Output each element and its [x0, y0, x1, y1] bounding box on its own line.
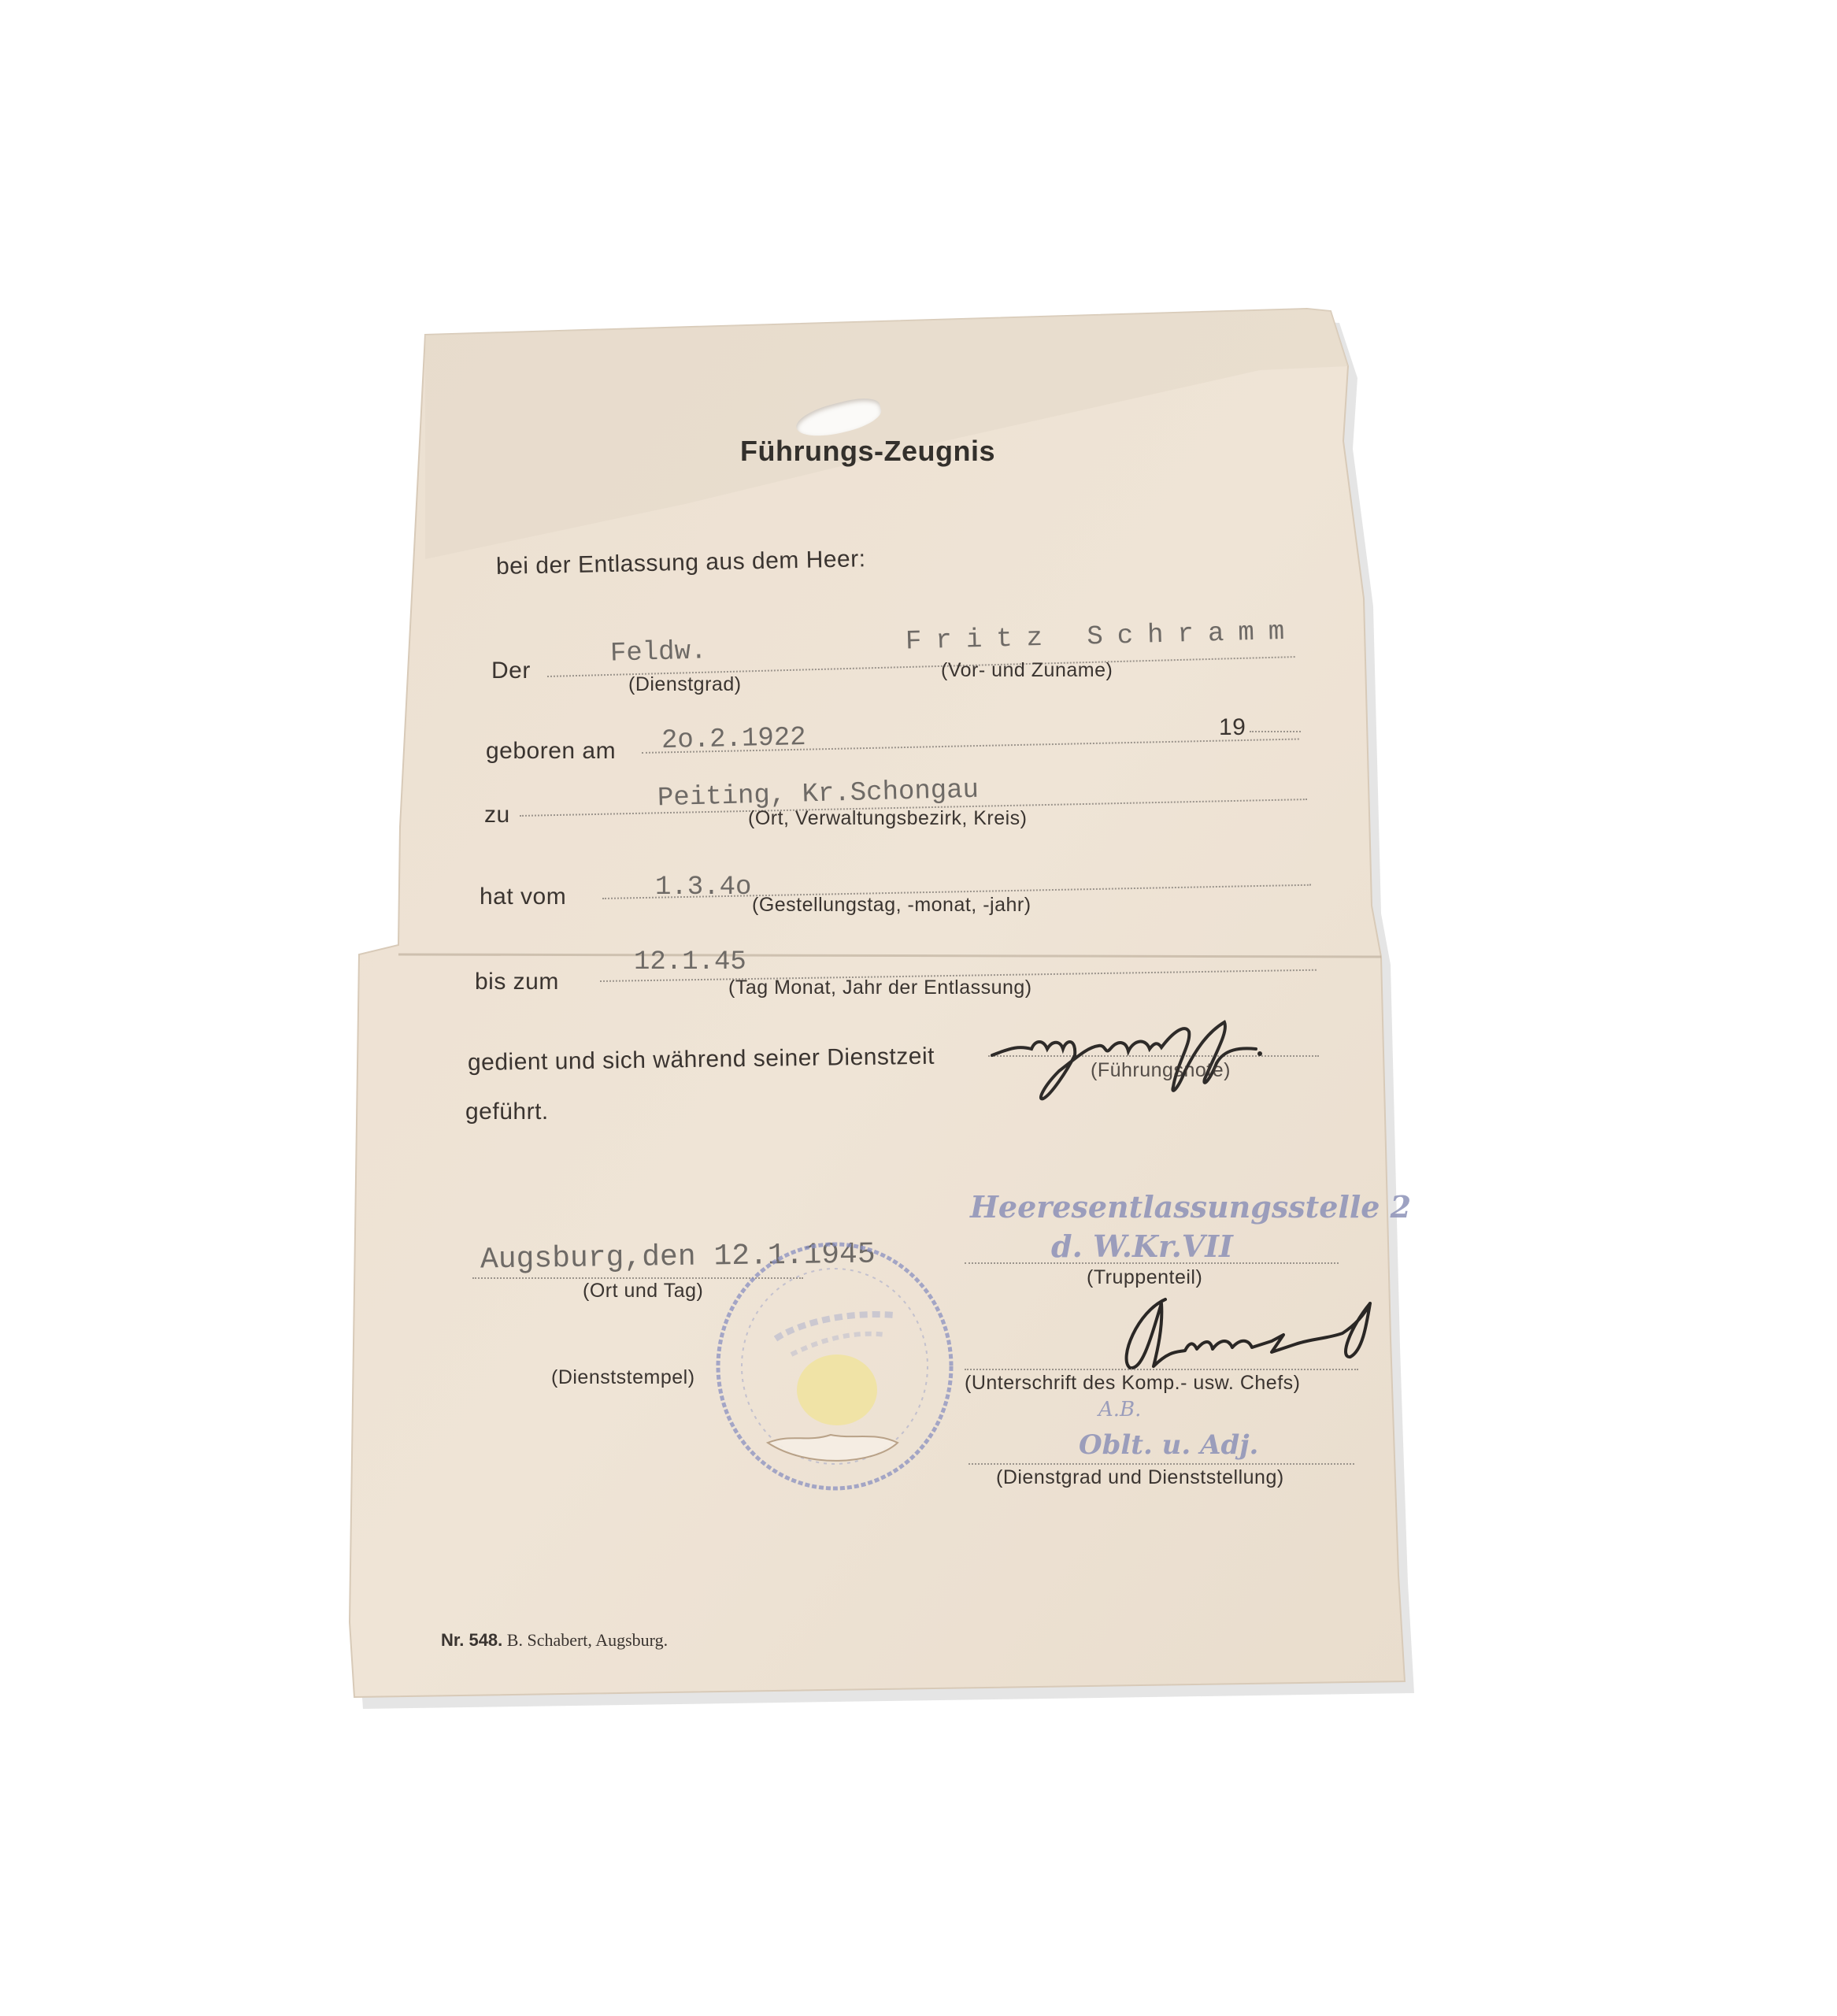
end-date-field-value: 12.1.45 — [634, 947, 746, 977]
rank-position-field-line — [968, 1463, 1354, 1465]
label-bis-zum: bis zum — [475, 969, 559, 995]
caption-tag-monat-jahr-entlassung: (Tag Monat, Jahr der Entlassung) — [728, 976, 1032, 999]
unit-stamp-line2: d. W.Kr.VII — [1051, 1228, 1233, 1264]
caption-fuehrungsnote: (Führungsnote) — [1091, 1059, 1231, 1082]
start-date-field-value: 1.3.4o — [655, 873, 751, 902]
printer-name: B. Schabert, Augsburg. — [507, 1630, 668, 1650]
year-prefix-19: 19 — [1219, 714, 1246, 741]
page-title: Führungs-Zeugnis — [740, 435, 995, 468]
caption-gestellungstag: (Gestellungstag, -monat, -jahr) — [752, 894, 1031, 917]
birthdate-field-value: 2o.2.1922 — [661, 723, 806, 756]
unit-stamp-line1: Heeresentlassungsstelle 2 — [970, 1189, 1411, 1225]
label-der: Der — [491, 658, 531, 684]
form-number: Nr. 548. — [441, 1630, 502, 1650]
rank-position-stamp: Oblt. u. Adj. — [1079, 1429, 1258, 1461]
handwritten-signature — [1114, 1295, 1382, 1374]
caption-dienstgrad-und-dienststellung: (Dienstgrad und Dienststellung) — [996, 1466, 1284, 1489]
caption-unterschrift: (Unterschrift des Komp.- usw. Chefs) — [965, 1372, 1300, 1395]
document-paper — [0, 0, 1837, 2016]
caption-vor-und-zuname: (Vor- und Zuname) — [941, 659, 1113, 682]
caption-ort-verwaltungsbezirk-kreis: (Ort, Verwaltungsbezirk, Kreis) — [748, 807, 1028, 830]
official-round-stamp — [705, 1236, 965, 1496]
label-zu: zu — [484, 802, 510, 828]
printer-footer: Nr. 548. B. Schabert, Augsburg. — [441, 1630, 668, 1651]
rank-field-value: Feldw. — [610, 636, 707, 669]
caption-dienststempel: (Dienststempel) — [551, 1366, 695, 1389]
yellow-censor-dot — [797, 1354, 877, 1425]
label-hat-vom: hat vom — [480, 884, 566, 910]
year-field-line — [1250, 731, 1301, 732]
caption-dienstgrad: (Dienstgrad) — [628, 673, 742, 696]
signature-initials: A.B. — [1098, 1398, 1141, 1421]
label-geboren-am: geboren am — [486, 738, 616, 765]
caption-ort-und-tag: (Ort und Tag) — [583, 1280, 703, 1303]
closing-gefuehrt: geführt. — [465, 1099, 549, 1125]
caption-truppenteil: (Truppenteil) — [1087, 1266, 1202, 1289]
unit-field-line — [965, 1262, 1339, 1264]
signature-field-line — [965, 1369, 1358, 1370]
